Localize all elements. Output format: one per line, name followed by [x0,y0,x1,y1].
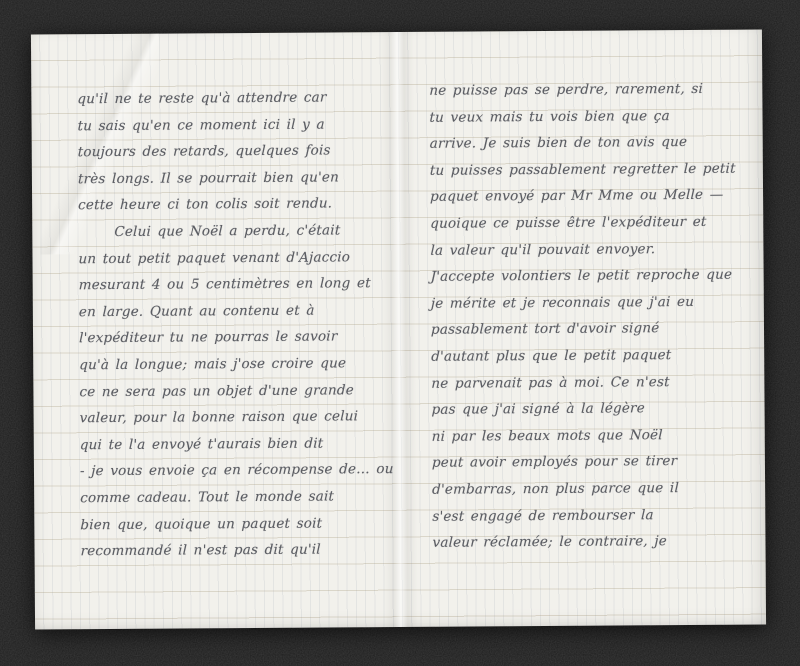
handwriting-line: ne parvenait pas à moi. Ce n'est [431,368,757,397]
handwriting-line: valeur réclamée; le contraire, je [432,528,758,557]
handwriting-line: très longs. Il se pourrait bien qu'en [78,164,399,193]
handwriting-line: comme cadeau. Tout le monde sait [80,483,401,512]
handwriting-line: passablement tort d'avoir signé [431,315,757,344]
handwriting-line: cette heure ci ton colis soit rendu. [78,190,399,219]
handwriting-line: qui te l'a envoyé t'aurais bien dit [79,430,400,459]
scan-photo: { "colors": { "background": "#1d1d1d", "… [0,0,800,666]
handwriting-line: en large. Quant au contenu et à [79,297,400,326]
handwriting-line: tu sais qu'en ce moment ici il y a [77,111,398,140]
handwriting-line: s'est engagé de rembourser la [432,501,758,530]
handwriting-line: toujours des retards, quelques fois [77,137,398,166]
handwriting-line: d'embarras, non plus parce que il [432,474,758,503]
handwriting-line: recommandé il n'est pas dit qu'il [80,536,401,565]
handwriting-line: - je vous envoie ça en récompense de… ou [80,456,401,485]
handwriting-line: Celui que Noël a perdu, c'était [78,217,399,246]
handwriting-line: je mérite et je reconnais que j'ai eu [430,288,756,317]
handwriting-line: mesurant 4 ou 5 centimètres en long et [78,270,399,299]
handwriting-line: qu'à la longue; mais j'ose croire que [79,350,400,379]
letter-right-page: ne puisse pas se perdre, rarement, situ … [429,76,757,557]
handwriting-line: valeur, pour la bonne raison que celui [79,403,400,432]
handwriting-line: d'autant plus que le petit paquet [431,341,757,370]
handwriting-line: pas que j'ai signé à la légère [431,395,757,424]
handwriting-line: l'expéditeur tu ne pourras le savoir [79,323,400,352]
handwriting-line: un tout petit paquet venant d'Ajaccio [78,244,399,273]
handwriting-line: qu'il ne te reste qu'à attendre car [77,84,398,113]
handwriting-line: ne puisse pas se perdre, rarement, si [429,76,755,105]
letter-left-page: qu'il ne te reste qu'à attendre cartu sa… [77,84,400,565]
handwriting-line: quoique ce puisse être l'expéditeur et [430,208,756,237]
handwriting-line: paquet envoyé par Mr Mme ou Melle — [430,182,756,211]
handwriting-line: J'accepte volontiers le petit reproche q… [430,262,756,291]
handwriting-line: peut avoir employés pour se tirer [432,448,758,477]
handwriting-line: la valeur qu'il pouvait envoyer. [430,235,756,264]
handwriting-line: ni par les beaux mots que Noël [431,421,757,450]
handwriting-line: ce ne sera pas un objet d'une grande [79,377,400,406]
letter-sheet: qu'il ne te reste qu'à attendre cartu sa… [31,29,766,629]
handwriting-line: bien que, quoique un paquet soit [80,509,401,538]
handwriting-line: tu veux mais tu vois bien que ça [429,102,755,131]
handwriting-line: tu puisses passablement regretter le pet… [430,155,756,184]
handwriting-line: arrive. Je suis bien de ton avis que [429,129,755,158]
